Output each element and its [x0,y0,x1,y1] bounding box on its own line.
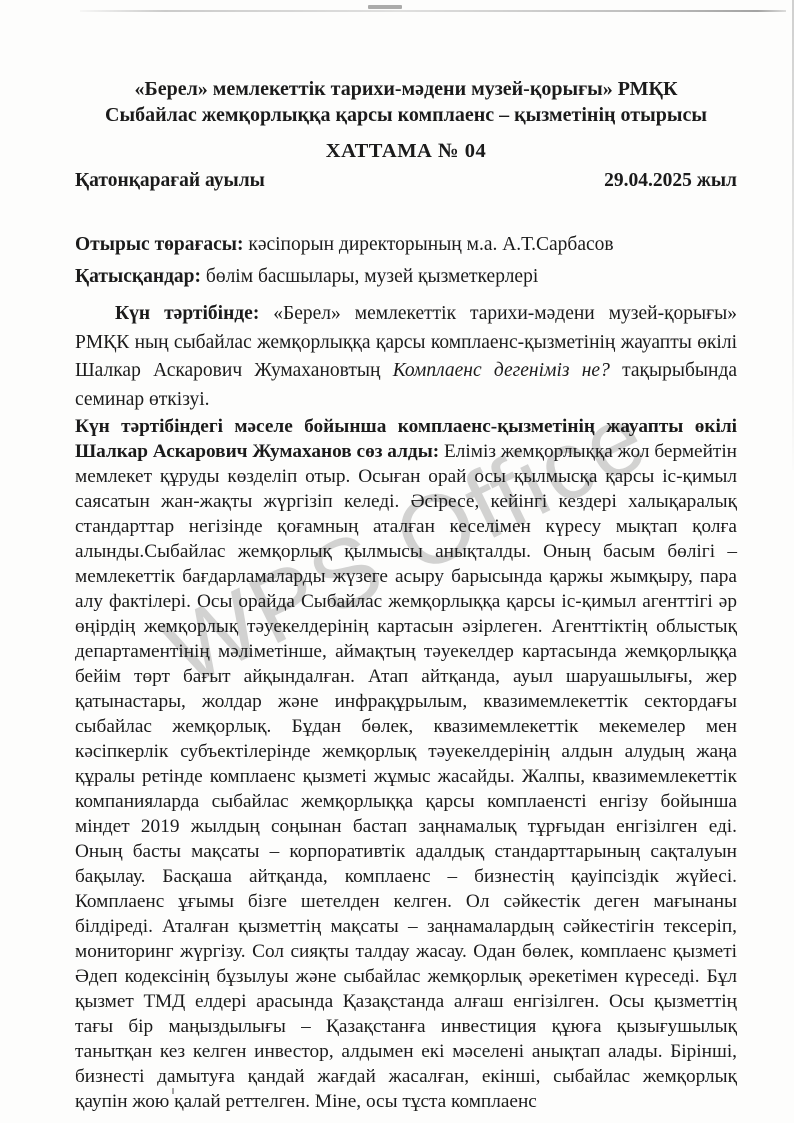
meeting-date: 29.04.2025 жыл [604,168,737,194]
speech-paragraph: Күн тәртібіндегі мәселе бойынша комплаен… [75,414,737,1114]
agenda-paragraph: Күн тәртібінде: «Берел» мемлекеттік тари… [75,300,737,414]
meeting-place: Қатонқарағай ауылы [75,168,265,194]
scanned-document-page: WPS Office «Берел» мемлекеттік тарихи-мә… [0,0,794,1123]
document-content: «Берел» мемлекеттік тарихи-мәдени музей-… [0,0,794,1114]
document-title-line2: Сыбайлас жемқорлыққа қарсы комплаенс – қ… [75,102,737,128]
participants-label: Қатысқандар: [75,266,201,287]
participants-value: бөлім басшылары, музей қызметкерлері [206,266,538,287]
speech-body-text: Еліміз жемқорлыққа жол бермейтін мемлеке… [75,441,737,1112]
agenda-topic-italic: Комплаенс дегеніміз не? [393,360,610,381]
chairman-label: Отырыс төрағасы: [75,234,243,255]
chairman-line: Отырыс төрағасы: кәсіпорын директорының … [75,232,737,258]
agenda-label: Күн тәртібінде: [115,303,259,324]
protocol-number-heading: ХАТТАМА № 04 [75,138,737,164]
place-date-row: Қатонқарағай ауылы 29.04.2025 жыл [75,168,737,194]
document-title-line1: «Берел» мемлекеттік тарихи-мәдени музей-… [75,76,737,102]
chairman-value: кәсіпорын директорының м.а. А.Т.Сарбасов [248,234,613,255]
participants-line: Қатысқандар: бөлім басшылары, музей қызм… [75,264,737,290]
